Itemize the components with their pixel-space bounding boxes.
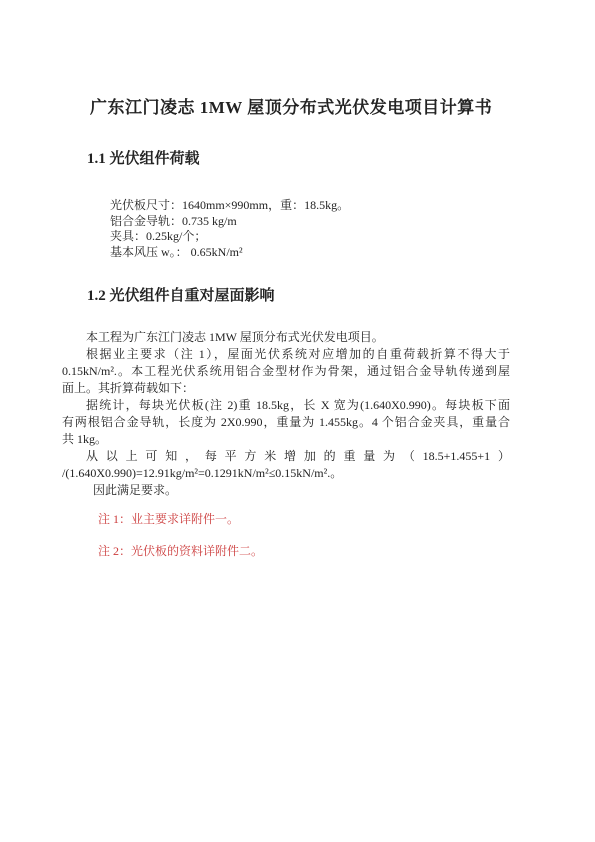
spec-list: 光伏板尺寸：1640mm×990mm，重：18.5kg。 铝合金导轨：0.735… — [110, 198, 510, 260]
spec-line-rail: 铝合金导轨：0.735 kg/m — [110, 214, 510, 230]
para-line: 0.15kN/m².。本工程光伏系统用铝合金型材作为骨架，通过铝合金导轨传递到屋 — [62, 363, 510, 380]
spec-line-panel-size: 光伏板尺寸：1640mm×990mm，重：18.5kg。 — [110, 198, 510, 214]
section-1-1-heading: 1.1 光伏组件荷载 — [87, 150, 510, 168]
para-line: 据统计，每块光伏板(注 2)重 18.5kg，长 X 宽为(1.640X0.99… — [62, 397, 510, 414]
document-page: 广东江门凌志 1MW 屋顶分布式光伏发电项目计算书 1.1 光伏组件荷载 光伏板… — [0, 0, 595, 842]
para-line: 面上。其折算荷载如下： — [62, 380, 510, 397]
section-1-2-body: 本工程为广东江门凌志 1MW 屋顶分布式光伏发电项目。 根据业主要求（注 1），… — [62, 329, 510, 499]
note-2: 注 2：光伏板的资料详附件二。 — [98, 543, 510, 560]
para-line: 共 1kg。 — [62, 431, 510, 448]
para-line: 本工程为广东江门凌志 1MW 屋顶分布式光伏发电项目。 — [62, 329, 510, 346]
spec-line-clamp: 夹具：0.25kg/个； — [110, 229, 510, 245]
document-title: 广东江门凌志 1MW 屋顶分布式光伏发电项目计算书 — [90, 98, 510, 118]
para-line: /(1.640X0.990)=12.91kg/m²=0.1291kN/m²≤0.… — [62, 465, 510, 482]
para-line-conclusion: 因此满足要求。 — [62, 482, 510, 499]
para-line: 有两根铝合金导轨，长度为 2X0.990，重量为 1.455kg。4 个铝合金夹… — [62, 414, 510, 431]
para-line: 根据业主要求（注 1），屋面光伏系统对应增加的自重荷载折算不得大于 — [62, 346, 510, 363]
section-1-2-heading: 1.2 光伏组件自重对屋面影响 — [87, 287, 510, 305]
spec-line-wind-pressure: 基本风压 w。： 0.65kN/m² — [110, 245, 510, 261]
para-line: 从以上可知，每平方米增加的重量为（18.5+1.455+1） — [62, 448, 510, 465]
note-1: 注 1：业主要求详附件一。 — [98, 511, 510, 528]
